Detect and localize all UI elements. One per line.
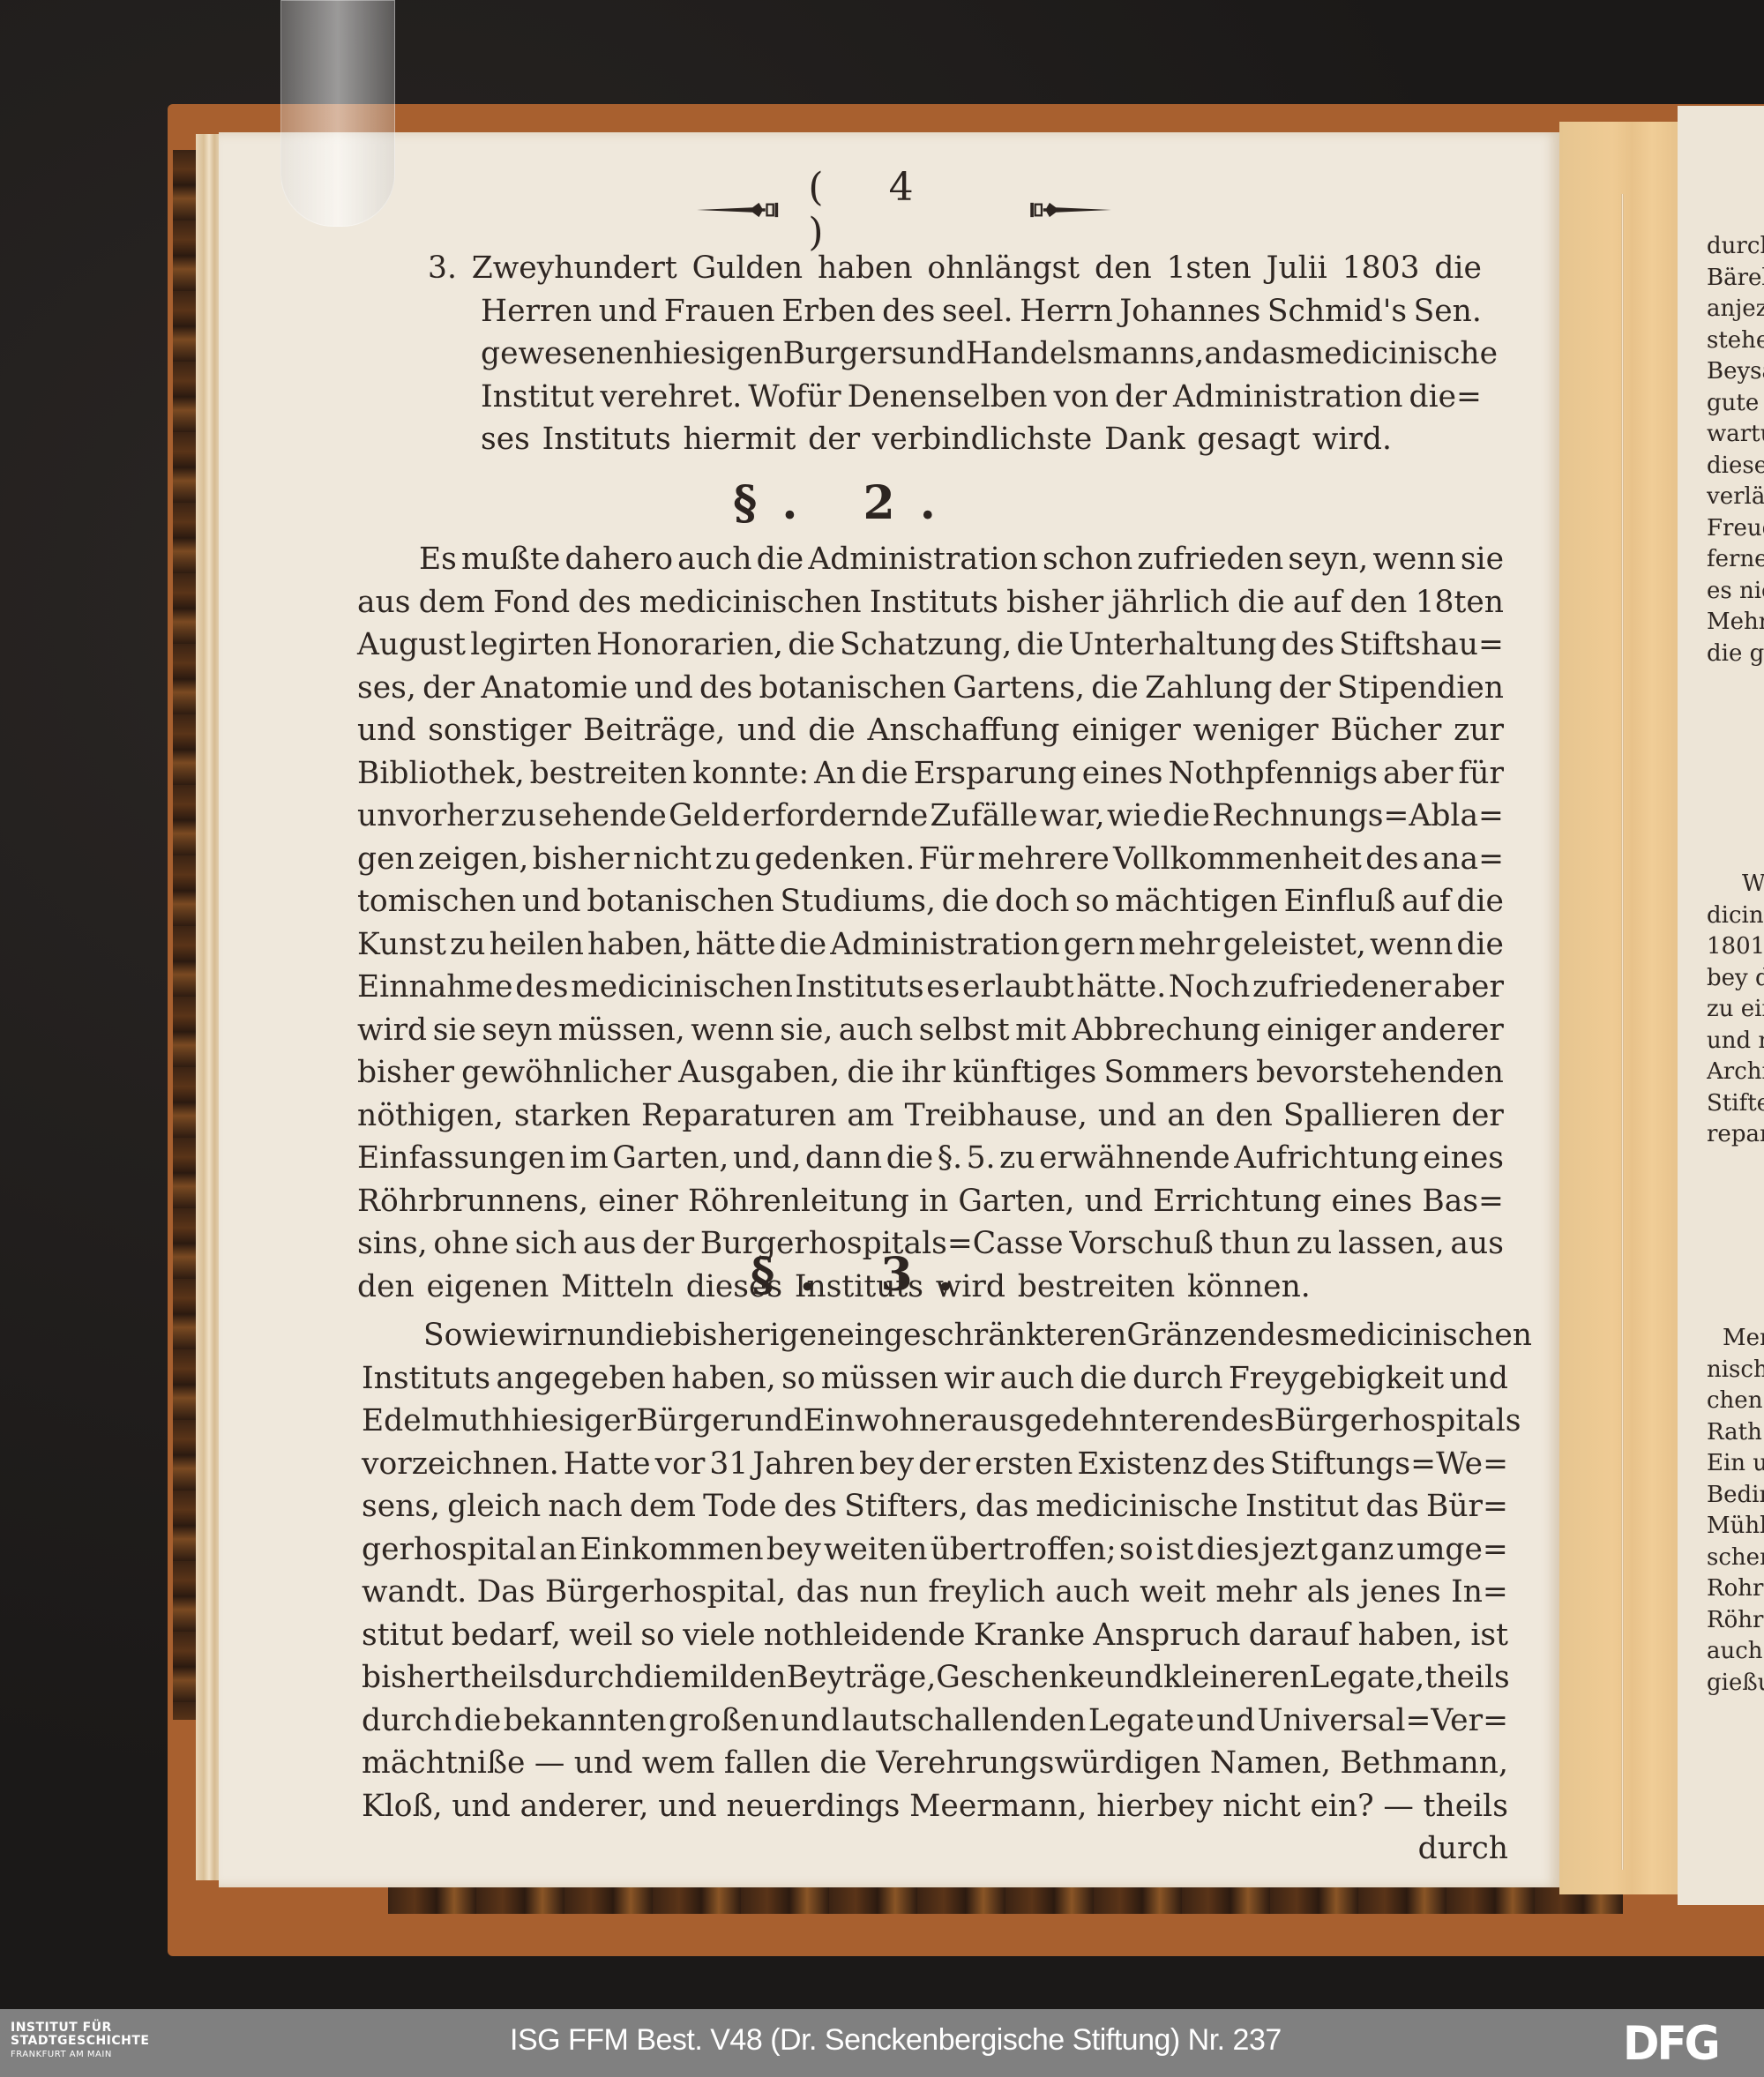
fragment-line: ferner f <box>1707 544 1764 576</box>
fragment-line: Freude <box>1707 513 1764 545</box>
fragment-line: Mühlen'che <box>1707 1511 1764 1543</box>
fragment-line: Ein und Fu <box>1707 1448 1764 1480</box>
text-line: gerhospitalanEinkommenbeyweitenübertroff… <box>362 1528 1508 1572</box>
fragment-line: durch <box>1707 231 1764 263</box>
fragment-line: und mit G <box>1707 1026 1764 1057</box>
fragment-line: chen der Ad <box>1707 1386 1764 1417</box>
fragment-line: Rath mit G <box>1707 1417 1764 1449</box>
fragment-line: Mehrere <box>1707 607 1764 639</box>
text-line: durchdiebekanntengroßenundlautschallende… <box>362 1700 1508 1743</box>
fragment-line: Röhren sow <box>1707 1605 1764 1637</box>
fragment-line: W <box>1707 869 1764 900</box>
text-line: 3.ZweyhundertGuldenhabenohnlängstden1ste… <box>428 247 1482 290</box>
running-header: ( 4 ) <box>697 183 1111 236</box>
fragment-line: Stifters D <box>1707 1088 1764 1120</box>
fragment-line: auch in das <box>1707 1636 1764 1668</box>
text-line: Institutsangegebenhaben,somüssenwirauchd… <box>362 1357 1508 1401</box>
fragment-line: wartun <box>1707 419 1764 451</box>
gutter-crease <box>1621 194 1624 1870</box>
text-line: wirdsieseynmüssen,wennsie,auchselbstmitA… <box>357 1009 1504 1052</box>
section-2-paragraph: EsmußtedaheroauchdieAdministrationschonz… <box>357 538 1504 1308</box>
text-line: bishertheilsdurchdiemildenBeyträge,Gesch… <box>362 1656 1508 1700</box>
facing-page-column-top: durch Bärel anjezt stehet, Beysa gute N … <box>1707 231 1764 669</box>
text-line: unvorherzusehendeGelderforderndeZufällew… <box>357 795 1504 838</box>
institution-name-line2: STADTGESCHICHTE <box>11 2035 150 2048</box>
fragment-line: dicinische <box>1707 900 1764 932</box>
text-line: tomischenundbotanischenStudiums,diedochs… <box>357 880 1504 923</box>
fragment-line: anjezt <box>1707 294 1764 325</box>
text-line: genzeigen,bishernichtzugedenken.Fürmehre… <box>357 838 1504 881</box>
fragment-line: gießung der <box>1707 1668 1764 1700</box>
item-3-paragraph: 3.ZweyhundertGuldenhabenohnlängstden1ste… <box>428 247 1482 461</box>
fragment-line: zu einem <box>1707 994 1764 1026</box>
section-3-paragraph: Sowiewirnundiebisherigeneingeschränktere… <box>362 1314 1508 1871</box>
text-line: vorzeichnen.Hattevor31Jahrenbeyderersten… <box>362 1443 1508 1486</box>
bookmark-clip <box>280 0 395 227</box>
page-number: ( 4 ) <box>808 165 999 255</box>
fragment-line: stehet, <box>1707 325 1764 357</box>
text-line: EsmußtedaheroauchdieAdministrationschonz… <box>419 538 1504 581</box>
fragment-line: repariret, <box>1707 1119 1764 1151</box>
text-line: sens,gleichnachdemTodedesStifters,dasmed… <box>362 1485 1508 1528</box>
ornament-right-icon <box>1016 200 1111 220</box>
dfg-logo: DFG <box>1623 2021 1718 2067</box>
facing-page-column-bottom: Merkw nische Insti chen der Ad Rath mit … <box>1707 1323 1764 1699</box>
section-3-heading: §. 3. <box>0 1248 1746 1302</box>
text-line: ses,derAnatomieunddesbotanischenGartens,… <box>357 667 1504 710</box>
text-line: Sowiewirnundiebisherigeneingeschränktere… <box>423 1314 1508 1357</box>
fragment-line: schen Garten <box>1707 1543 1764 1574</box>
text-line: EinnahmedesmedicinischenInstitutseserlau… <box>357 966 1504 1009</box>
text-line: EinfassungenimGarten,und,danndie§.5.zuer… <box>357 1137 1504 1180</box>
footer-caption: ISG FFM Best. V48 (Dr. Senckenbergische … <box>510 2023 1282 2058</box>
text-line: undsonstigerBeiträge,unddieAnschaffungei… <box>357 709 1504 752</box>
fragment-line: nische Insti <box>1707 1355 1764 1386</box>
text-line: AugustlegirtenHonorarien,dieSchatzung,di… <box>357 624 1504 667</box>
fragment-line: es nicht <box>1707 576 1764 608</box>
section-2-heading: §. 2. <box>0 476 1729 530</box>
institution-logo: INSTITUT FÜR STADTGESCHICHTE FRANKFURT A… <box>11 2021 150 2061</box>
text-line: stitutbedarf,weilsovielenothleidendeKran… <box>362 1614 1508 1657</box>
facing-page-column-middle: W dicinische 1801 der bey der T zu einem… <box>1707 869 1764 1151</box>
text-line: Bibliothek,bestreitenkonnte:AndieErsparu… <box>357 752 1504 796</box>
fragment-line: bey der T <box>1707 963 1764 995</box>
fragment-line: gute N <box>1707 388 1764 420</box>
ornament-left-icon <box>697 200 792 220</box>
text-line: Kloß,undanderer,undneuerdingsMeermann,hi… <box>362 1785 1508 1828</box>
book-gutter <box>1559 122 1692 1894</box>
fragment-line: Rohre des <box>1707 1573 1764 1605</box>
fragment-line: die ganz <box>1707 639 1764 670</box>
footer-bar: INSTITUT FÜR STADTGESCHICHTE FRANKFURT A… <box>0 2009 1764 2077</box>
book-cover-marbled-bottom <box>388 1887 1623 1914</box>
text-line: EdelmuthhiesigerBürgerundEinwohnerausged… <box>362 1400 1508 1443</box>
text-line: ausdemFonddesmedicinischenInstitutsbishe… <box>357 581 1504 624</box>
fragment-line: Archiv als <box>1707 1057 1764 1088</box>
text-line: Röhrbrunnens,einerRöhrenleitunginGarten,… <box>357 1180 1504 1223</box>
text-line: nöthigen,starkenReparaturenamTreibhause,… <box>357 1095 1504 1138</box>
text-line: gewesenenhiesigenBurgersundHandelsmanns,… <box>481 332 1482 376</box>
fragment-line: Beysa <box>1707 356 1764 388</box>
text-line: HerrenundFrauenErbendesseel.HerrnJohanne… <box>481 290 1482 333</box>
fragment-line: Bärel <box>1707 263 1764 295</box>
institution-name-line1: INSTITUT FÜR <box>11 2021 150 2035</box>
institution-location: FRANKFURT AM MAIN <box>11 2048 150 2061</box>
text-line: Kunstzuheilenhaben,hättedieAdministratio… <box>357 923 1504 967</box>
fragment-line: Merkw <box>1707 1323 1764 1355</box>
text-line: wandt.DasBürgerhospital,dasnunfreylichau… <box>362 1571 1508 1614</box>
fragment-line: Bedingunge <box>1707 1480 1764 1512</box>
text-line: sesInstitutshiermitderverbindlichsteDank… <box>481 418 1482 461</box>
catchword: durch <box>362 1827 1508 1871</box>
fragment-line: verläßt <box>1707 482 1764 513</box>
fragment-line: dieser n <box>1707 451 1764 482</box>
text-line: Institutverehret.WofürDenenselbenvonderA… <box>481 376 1482 419</box>
fragment-line: 1801 der <box>1707 931 1764 963</box>
text-line: mächtniße—undwemfallendieVerehrungswürdi… <box>362 1742 1508 1785</box>
text-line: bishergewöhnlicherAusgaben,dieihrkünftig… <box>357 1051 1504 1095</box>
